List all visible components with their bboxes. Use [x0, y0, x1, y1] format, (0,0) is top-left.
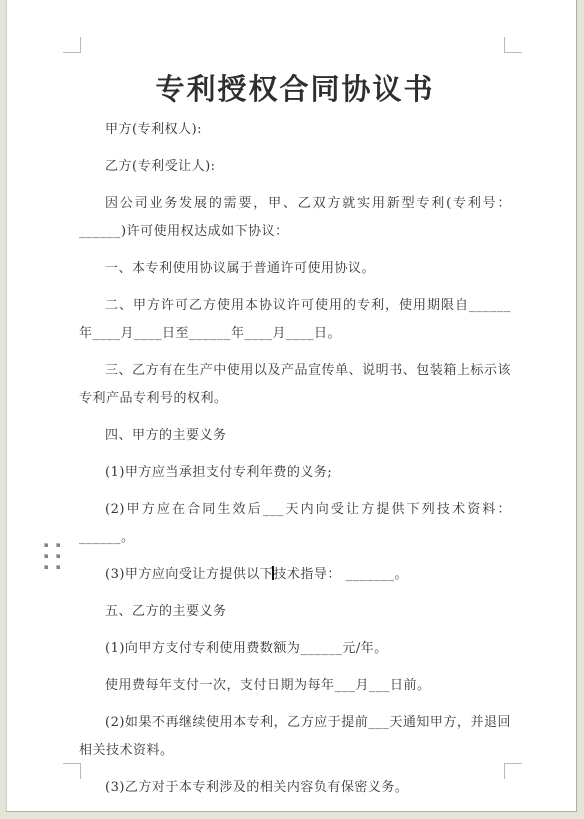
- paragraph-clause-1[interactable]: 一、本专利使用协议属于普通许可使用协议。: [79, 255, 511, 283]
- editor-canvas: 专利授权合同协议书 甲方(专利权人): 乙方(专利受让人): 因公司业务发展的需…: [0, 0, 584, 819]
- drag-handle-icon[interactable]: [44, 543, 60, 569]
- paragraph-clause-4-item-1[interactable]: (1)甲方应当承担支付专利年费的义务;: [79, 459, 511, 487]
- drag-handle-dot: [56, 543, 60, 547]
- paragraph-clause-5-heading[interactable]: 五、乙方的主要义务: [79, 598, 511, 626]
- drag-handle-dot: [56, 565, 60, 569]
- drag-handle-dot: [44, 543, 48, 547]
- paragraph-party-a[interactable]: 甲方(专利权人):: [79, 116, 511, 144]
- drag-handle-dot: [44, 554, 48, 558]
- paragraph-clause-5-item-2[interactable]: (2)如果不再继续使用本专利，乙方应于提前___天通知甲方，并退回相关技术资料。: [79, 709, 511, 765]
- paragraph-clause-5-item-3[interactable]: (3)乙方对于本专利涉及的相关内容负有保密义务。: [79, 774, 511, 802]
- paragraph-preamble[interactable]: 因公司业务发展的需要，甲、乙双方就实用新型专利(专利号： ______)许可使用…: [79, 190, 511, 246]
- paragraph-clause-2[interactable]: 二、甲方许可乙方使用本协议许可使用的专利，使用期限自______年____月__…: [79, 292, 511, 348]
- text-after-caret: 技术指导： _______。: [273, 567, 408, 582]
- text-before-caret: (3)甲方应向受让方提供以下: [105, 567, 273, 582]
- paragraph-clause-4-heading[interactable]: 四、甲方的主要义务: [79, 422, 511, 450]
- drag-handle-dot: [56, 554, 60, 558]
- paragraph-clause-5-item-1[interactable]: (1)向甲方支付专利使用费数额为______元/年。: [79, 635, 511, 663]
- paragraph-clause-4-item-3[interactable]: (3)甲方应向受让方提供以下技术指导： _______。: [79, 561, 511, 589]
- drag-handle-dot: [44, 565, 48, 569]
- paragraph-clause-5-item-1b[interactable]: 使用费每年支付一次，支付日期为每年___月___日前。: [79, 672, 511, 700]
- paragraph-clause-3[interactable]: 三、乙方有在生产中使用以及产品宣传单、说明书、包装箱上标示该专利产品专利号的权利…: [79, 357, 511, 413]
- document-body[interactable]: 专利授权合同协议书 甲方(专利权人): 乙方(专利受让人): 因公司业务发展的需…: [79, 50, 511, 811]
- document-title[interactable]: 专利授权合同协议书: [79, 72, 511, 106]
- paragraph-clause-4-item-2[interactable]: (2)甲方应在合同生效后___天内向受让方提供下列技术资料： ______。: [79, 496, 511, 552]
- document-page[interactable]: 专利授权合同协议书 甲方(专利权人): 乙方(专利受让人): 因公司业务发展的需…: [6, 0, 577, 812]
- paragraph-party-b[interactable]: 乙方(专利受让人):: [79, 153, 511, 181]
